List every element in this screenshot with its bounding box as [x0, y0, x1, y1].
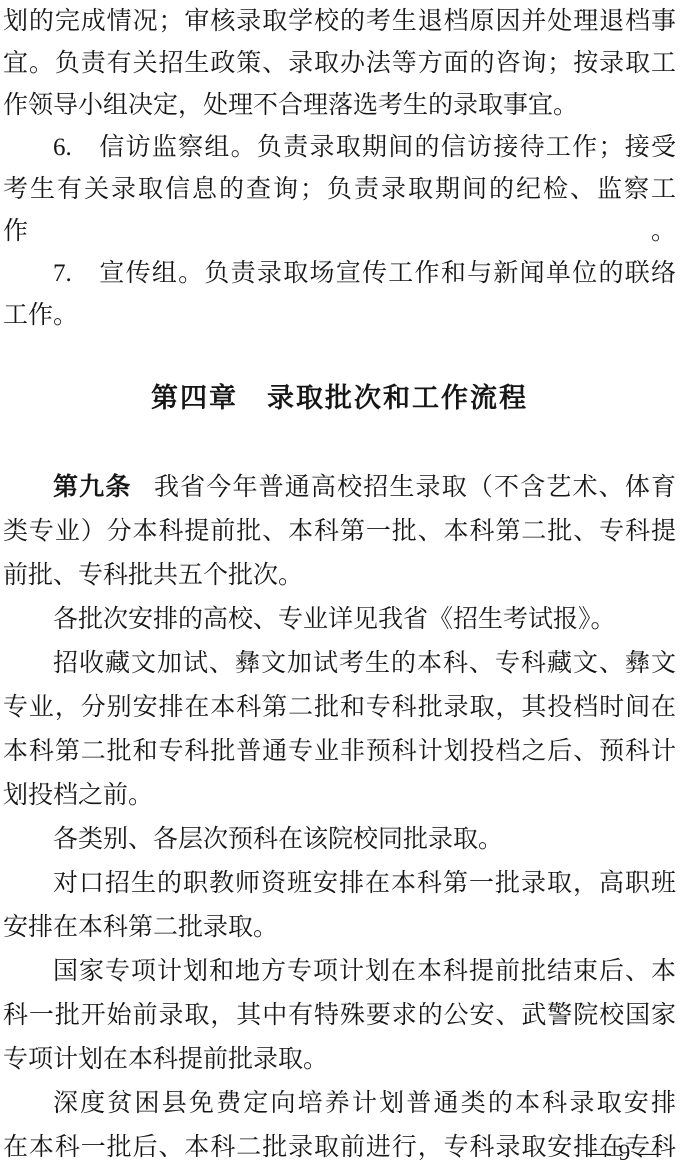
- text-line: 考生有关录取信息的查询；负责录取期间的纪检、监察工作。: [3, 169, 676, 253]
- line-text: 考生有关录取信息的查询；负责录取期间的纪检、监察工作。: [3, 176, 676, 245]
- text-line: 类专业）分本科提前批、本科第一批、本科第二批、专科提: [3, 510, 676, 554]
- line-text: 划的完成情况；审核录取学校的考生退档原因并处理退档事: [3, 8, 676, 35]
- text-line: 国家专项计划和地方专项计划在本科提前批结束后、本: [3, 950, 676, 994]
- line-text: 我省今年普通高校招生录取（不含艺术、体育: [154, 474, 676, 501]
- text-line: 各类别、各层次预科在该院校同批录取。: [3, 818, 676, 862]
- text-line: 招收藏文加试、彝文加试考生的本科、专科藏文、彝文: [3, 642, 676, 686]
- line-text: 划投档之前。: [3, 782, 153, 809]
- text-line: 第九条我省今年普通高校招生录取（不含艺术、体育: [3, 465, 676, 510]
- line-text: 宜。负责有关招生政策、录取办法等方面的咨询；按录取工: [3, 50, 676, 77]
- line-text: 7. 宣传组。负责录取场宣传工作和与新闻单位的联络: [53, 260, 676, 287]
- line-text: 作领导小组决定，处理不合理落选考生的录取事宜。: [3, 92, 578, 119]
- text-line: 深度贫困县免费定向培养计划普通类的本科录取安排: [3, 1082, 676, 1126]
- chapter-heading: 第四章 录取批次和工作流程: [3, 377, 676, 419]
- text-line: 划投档之前。: [3, 774, 676, 818]
- line-text: 各类别、各层次预科在该院校同批录取。: [53, 826, 503, 853]
- page-number: — 9 —: [588, 1140, 662, 1166]
- text-line: 在本科一批后、本科二批录取前进行，专科录取安排在专科: [3, 1126, 676, 1170]
- text-line: 对口招生的职教师资班安排在本科第一批录取，高职班: [3, 862, 676, 906]
- line-text: 专项计划在本科提前批录取。: [3, 1046, 328, 1073]
- text-line: 划的完成情况；审核录取学校的考生退档原因并处理退档事: [3, 1, 676, 43]
- text-line: 作领导小组决定，处理不合理落选考生的录取事宜。: [3, 85, 676, 127]
- line-text: 科一批开始前录取，其中有特殊要求的公安、武警院校国家: [3, 1002, 676, 1029]
- text-line: 前批、专科批共五个批次。: [3, 554, 676, 598]
- line-text: 安排在本科第二批录取。: [3, 914, 278, 941]
- text-flow: 划的完成情况；审核录取学校的考生退档原因并处理退档事宜。负责有关招生政策、录取办…: [0, 0, 680, 1170]
- line-text: 国家专项计划和地方专项计划在本科提前批结束后、本: [53, 958, 676, 985]
- document-page: 划的完成情况；审核录取学校的考生退档原因并处理退档事宜。负责有关招生政策、录取办…: [0, 0, 680, 1172]
- text-line: 宜。负责有关招生政策、录取办法等方面的咨询；按录取工: [3, 43, 676, 85]
- line-text: 工作。: [3, 302, 78, 329]
- line-text: 前批、专科批共五个批次。: [3, 562, 303, 589]
- text-line: 工作。: [3, 295, 676, 337]
- line-text: 专业，分别安排在本科第二批和专科批录取，其投档时间在: [3, 694, 676, 721]
- text-line: 6. 信访监察组。负责录取期间的信访接待工作；接受: [3, 127, 676, 169]
- text-line: 科一批开始前录取，其中有特殊要求的公安、武警院校国家: [3, 994, 676, 1038]
- line-text: 对口招生的职教师资班安排在本科第一批录取，高职班: [53, 870, 676, 897]
- line-text: 各批次安排的高校、专业详见我省《招生考试报》。: [53, 606, 616, 633]
- line-text: 第四章 录取批次和工作流程: [151, 383, 528, 413]
- text-line: 专项计划在本科提前批录取。: [3, 1038, 676, 1082]
- text-line: 专业，分别安排在本科第二批和专科批录取，其投档时间在: [3, 686, 676, 730]
- text-line: 安排在本科第二批录取。: [3, 906, 676, 950]
- bold-lead: 第九条: [53, 473, 131, 501]
- line-text: 6. 信访监察组。负责录取期间的信访接待工作；接受: [53, 134, 676, 161]
- line-text: 深度贫困县免费定向培养计划普通类的本科录取安排: [53, 1090, 676, 1117]
- line-text: 在本科一批后、本科二批录取前进行，专科录取安排在专科: [3, 1134, 676, 1161]
- line-text: 类专业）分本科提前批、本科第一批、本科第二批、专科提: [3, 518, 676, 545]
- line-text: 招收藏文加试、彝文加试考生的本科、专科藏文、彝文: [53, 650, 676, 677]
- line-text: 本科第二批和专科批普通专业非预科计划投档之后、预科计: [3, 738, 676, 765]
- text-line: 7. 宣传组。负责录取场宣传工作和与新闻单位的联络: [3, 253, 676, 295]
- text-line: 各批次安排的高校、专业详见我省《招生考试报》。: [3, 598, 676, 642]
- text-line: 本科第二批和专科批普通专业非预科计划投档之后、预科计: [3, 730, 676, 774]
